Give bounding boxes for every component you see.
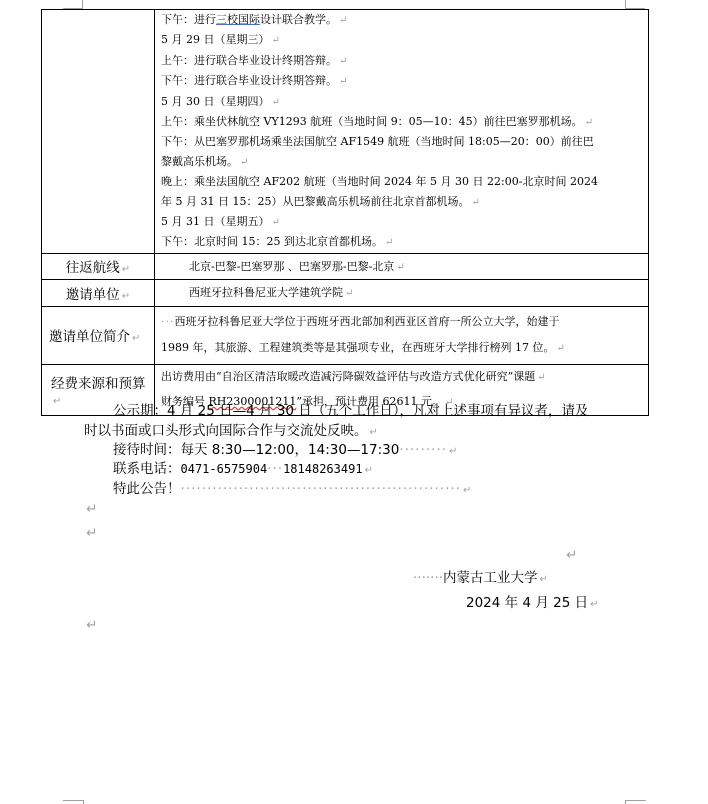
page-corner-mark-bottom-right xyxy=(625,800,646,804)
paragraph-mark-icon: ↵ xyxy=(53,396,61,407)
schedule-line: 下午：进行三校国际设计联合教学。↵ xyxy=(161,10,648,30)
paragraph-mark-icon: ↵ xyxy=(556,343,564,354)
paragraph-mark-icon: ↵ xyxy=(365,465,373,476)
signature-date: 2024 年 4 月 25 日↵ xyxy=(466,594,598,614)
schedule-line: 下午：从巴塞罗那机场乘坐法国航空 AF1549 航班（当地时间 18:05—20… xyxy=(161,132,648,151)
trip-info-table: 下午：进行三校国际设计联合教学。↵ 5 月 29 日（星期三）↵ 上午：进行联合… xyxy=(41,9,649,416)
page-corner-mark-top-right xyxy=(625,0,645,9)
route-row: 往返航线↵ 北京-巴黎-巴塞罗那 、巴塞罗那-巴黎-北京↵ xyxy=(42,253,649,279)
paragraph-mark-icon: ↵ xyxy=(566,546,577,565)
inviter-value-cell[interactable]: 西班牙拉科鲁尼亚大学建筑学院↵ xyxy=(155,279,649,306)
funding-line: 出访费用由“自治区清洁取暖改造减污降碳效益评估与改造方式优化研究”课题↵ xyxy=(161,365,648,390)
paragraph-mark-icon: ↵ xyxy=(132,333,140,344)
paragraph-mark-icon: ↵ xyxy=(86,616,97,635)
paragraph-mark-icon: ↵ xyxy=(272,217,280,228)
route-value-cell[interactable]: 北京-巴黎-巴塞罗那 、巴塞罗那-巴黎-北京↵ xyxy=(155,253,649,279)
inviter-intro-cell[interactable]: ···西班牙拉科鲁尼亚大学位于西班牙西北部加利西亚区首府一所公立大学，始建于 1… xyxy=(155,306,649,364)
paragraph-mark-icon: ↵ xyxy=(272,97,280,108)
paragraph-mark-icon: ↵ xyxy=(86,524,97,543)
paragraph-mark-icon: ↵ xyxy=(86,500,97,519)
schedule-line: 下午：北京时间 15：25 到达北京首都机场。↵ xyxy=(161,232,648,252)
paragraph-mark-icon: ↵ xyxy=(339,15,347,26)
schedule-cell[interactable]: 下午：进行三校国际设计联合教学。↵ 5 月 29 日（星期三）↵ 上午：进行联合… xyxy=(155,10,649,254)
inviter-label: 邀请单位↵ xyxy=(42,279,155,306)
paragraph-mark-icon: ↵ xyxy=(122,291,130,302)
paragraph-mark-icon: ↵ xyxy=(339,76,347,87)
paragraph-mark-icon: ↵ xyxy=(463,485,471,496)
inviter-value: 西班牙拉科鲁尼亚大学建筑学院 xyxy=(189,286,343,299)
schedule-line: 5 月 30 日（星期四）↵ xyxy=(161,92,648,112)
paragraph-mark-icon: ↵ xyxy=(537,372,545,383)
inviter-intro-label: 邀请单位简介↵ xyxy=(42,306,155,364)
schedule-line: 晚上：乘坐法国航空 AF202 航班（当地时间 2024 年 5 月 30 日 … xyxy=(161,172,648,191)
page-corner-mark-top-left xyxy=(63,0,83,9)
inviter-intro-line: ···西班牙拉科鲁尼亚大学位于西班牙西北部加利西亚区首府一所公立大学，始建于 xyxy=(161,309,648,335)
schedule-row: 下午：进行三校国际设计联合教学。↵ 5 月 29 日（星期三）↵ 上午：进行联合… xyxy=(42,10,649,254)
route-value: 北京-巴黎-巴塞罗那 、巴塞罗那-巴黎-北京 xyxy=(189,260,394,273)
paragraph-mark-icon: ↵ xyxy=(590,599,598,610)
schedule-line: 上午：进行联合毕业设计终期答辩。↵ xyxy=(161,51,648,71)
paragraph-mark-icon: ↵ xyxy=(345,288,353,299)
page-corner-mark-bottom-left xyxy=(63,800,84,804)
notice-period-line2: 时以书面或口头形式向国际合作与交流处反映。↵ xyxy=(84,422,378,442)
paragraph-mark-icon: ↵ xyxy=(122,264,130,275)
paragraph-mark-icon: ↵ xyxy=(585,117,593,128)
paragraph-mark-icon: ↵ xyxy=(370,427,378,438)
route-label: 往返航线↵ xyxy=(42,253,155,279)
paragraph-mark-icon: ↵ xyxy=(471,197,479,208)
schedule-line: 年 5 月 31 日 15：25）从巴黎戴高乐机场前往北京首都机场。↵ xyxy=(161,192,648,212)
schedule-label-cell xyxy=(42,10,155,254)
inviter-intro-line: 1989 年，其旅游、工程建筑类等是其强项专业，在西班牙大学排行榜列 17 位。… xyxy=(161,335,648,362)
notice-closing: 特此公告！···································… xyxy=(113,480,471,500)
paragraph-mark-icon: ↵ xyxy=(385,237,393,248)
schedule-line: 5 月 31 日（星期五）↵ xyxy=(161,212,648,232)
inviter-intro-row: 邀请单位简介↵ ···西班牙拉科鲁尼亚大学位于西班牙西北部加利西亚区首府一所公立… xyxy=(42,306,649,364)
notice-reception: 接待时间：每天 8:30—12:00，14:30—17:30·········↵ xyxy=(113,441,457,461)
paragraph-mark-icon: ↵ xyxy=(339,56,347,67)
paragraph-mark-icon: ↵ xyxy=(449,446,457,457)
signature-org: ·······内蒙古工业大学↵ xyxy=(413,569,548,589)
paragraph-mark-icon: ↵ xyxy=(272,35,280,46)
inviter-row: 邀请单位↵ 西班牙拉科鲁尼亚大学建筑学院↵ xyxy=(42,279,649,306)
schedule-line: 下午：进行联合毕业设计终期答辩。↵ xyxy=(161,71,648,91)
paragraph-mark-icon: ↵ xyxy=(240,157,248,168)
notice-phone: 联系电话：0471-6575904···18148263491↵ xyxy=(113,460,373,480)
schedule-line: 上午：乘坐伏林航空 VY1293 航班（当地时间 9：05—10：45）前往巴塞… xyxy=(161,112,648,132)
schedule-line: 黎戴高乐机场。↵ xyxy=(161,152,648,172)
schedule-line: 5 月 29 日（星期三）↵ xyxy=(161,30,648,50)
notice-period-line1: 公示期：4 月 25 日—4 月 30 日（五个工作日），凡对上述事项有异议者，… xyxy=(113,402,589,421)
paragraph-mark-icon: ↵ xyxy=(540,574,548,585)
paragraph-mark-icon: ↵ xyxy=(396,262,404,273)
